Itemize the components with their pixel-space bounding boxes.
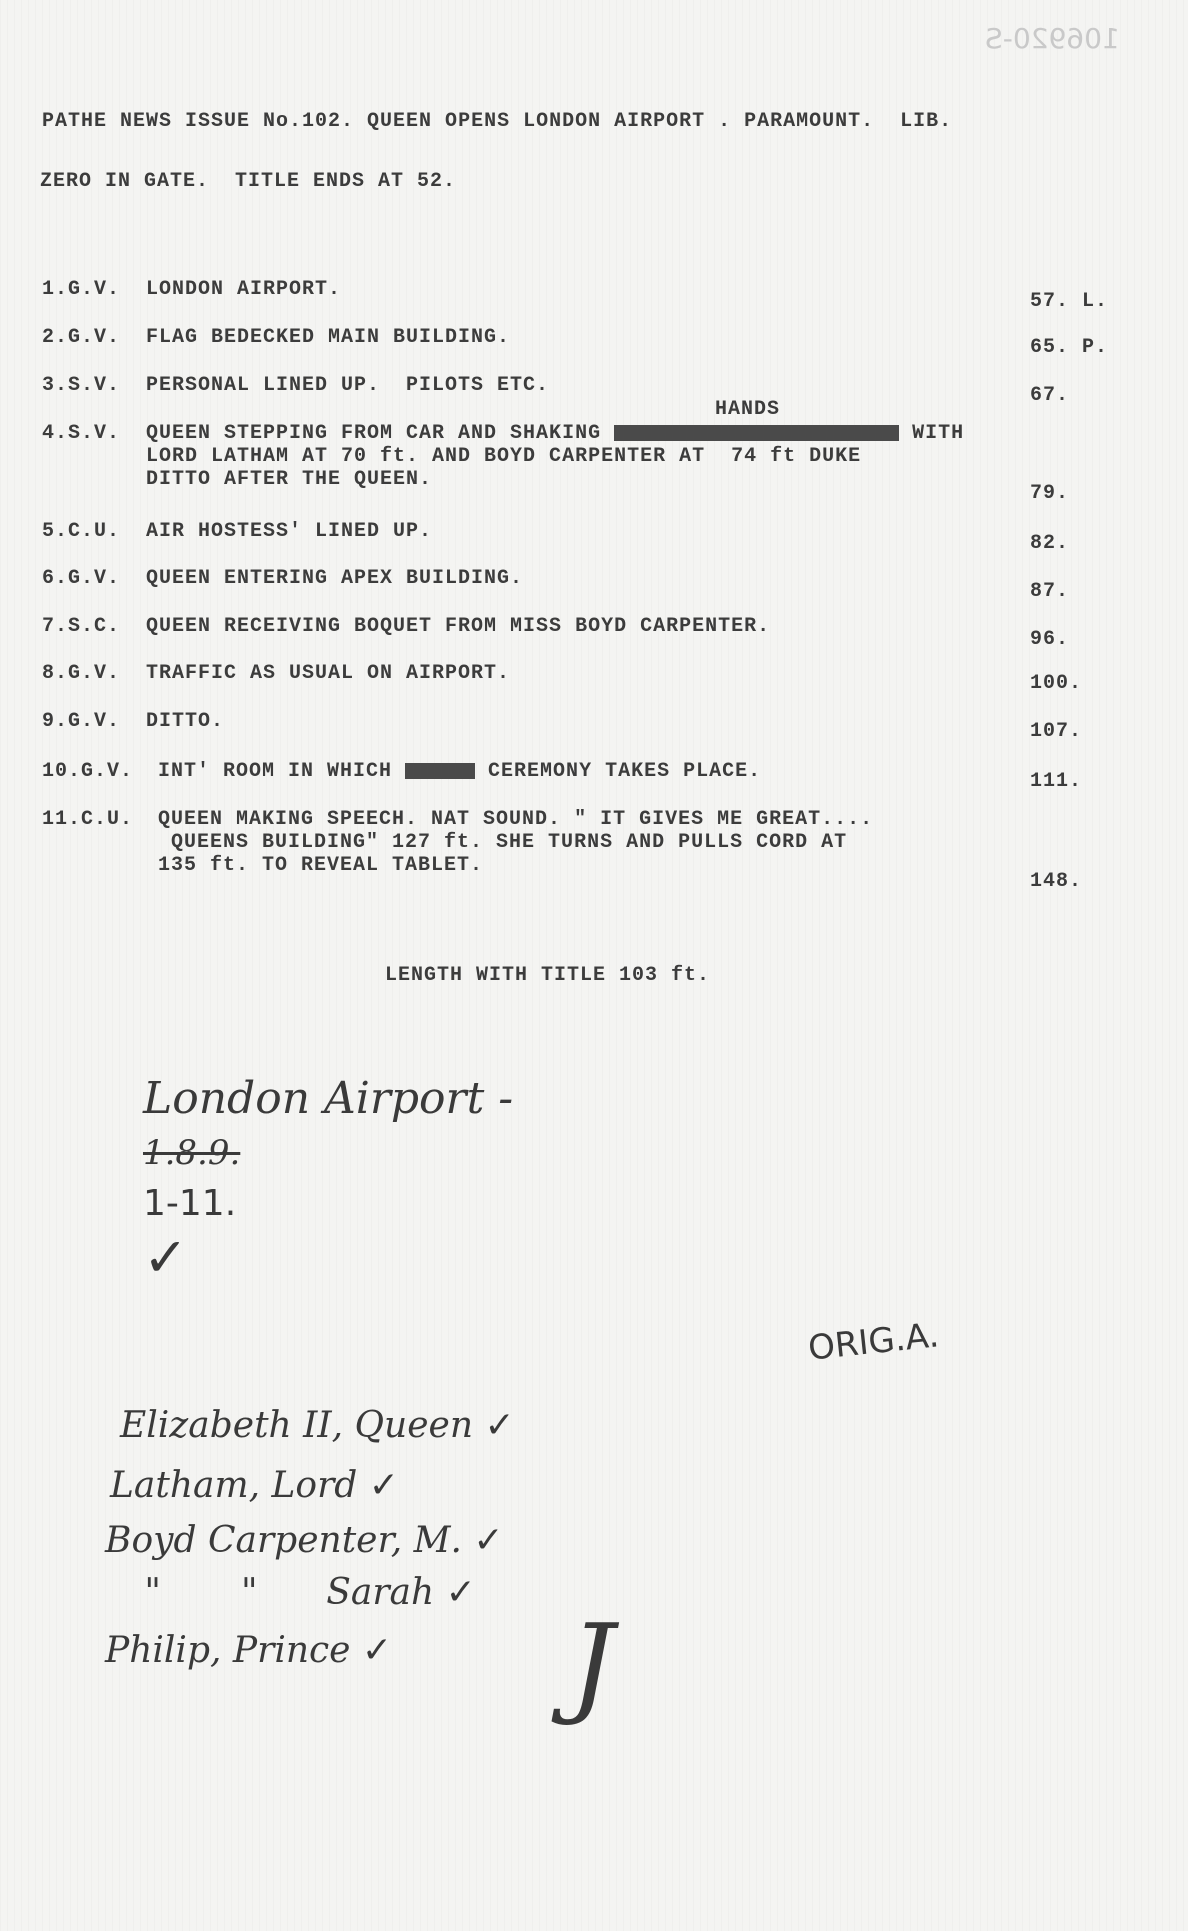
shot-number: 3.S.V. <box>42 374 120 397</box>
archive-number-stamp: 106920-S <box>985 22 1120 55</box>
zero-line: ZERO IN GATE. TITLE ENDS AT 52. <box>40 170 456 193</box>
check-icon: ✓ <box>143 1226 188 1289</box>
shot-description: TRAFFIC AS USUAL ON AIRPORT. <box>146 662 510 685</box>
shot-footage: 111. <box>1030 770 1082 793</box>
name-entry: Elizabeth II, Queen ✓ <box>120 1405 515 1446</box>
range-text: 1-11. <box>143 1183 236 1224</box>
shot-number: 10.G.V. <box>42 760 133 783</box>
check-icon: ✓ <box>473 1405 515 1446</box>
shot-number: 8.G.V. <box>42 662 120 685</box>
shot-number: 2.G.V. <box>42 326 120 349</box>
name-text: " " Sarah <box>110 1572 434 1613</box>
check-icon: ✓ <box>350 1630 392 1671</box>
name-text: Latham, Lord <box>110 1465 357 1506</box>
shot-number: 1.G.V. <box>42 278 120 301</box>
header-line: PATHE NEWS ISSUE No.102. QUEEN OPENS LON… <box>42 110 952 133</box>
shot-description: QUEEN ENTERING APEX BUILDING. <box>146 567 523 590</box>
shot-number: 5.C.U. <box>42 520 120 543</box>
shot-footage: 79. <box>1030 482 1069 505</box>
shot-footage: 65. P. <box>1030 336 1108 359</box>
shot-description: FLAG BEDECKED MAIN BUILDING. <box>146 326 510 349</box>
check-icon: ✓ <box>434 1572 476 1613</box>
shot-description: INT' ROOM IN WHICH CEREMONY TAKES PLACE. <box>158 760 761 783</box>
length-line: LENGTH WITH TITLE 103 ft. <box>385 964 710 987</box>
struck-value: 1.8.9. <box>143 1133 240 1173</box>
shot-number: 9.G.V. <box>42 710 120 733</box>
name-entry: Latham, Lord ✓ <box>110 1465 399 1506</box>
shot-description: PERSONAL LINED UP. PILOTS ETC. <box>146 374 549 397</box>
subject-text: London Airport - <box>143 1073 513 1124</box>
shot-description: QUEEN RECEIVING BOQUET FROM MISS BOYD CA… <box>146 615 770 638</box>
struck-out-text <box>405 763 475 779</box>
name-entry: Philip, Prince ✓ <box>105 1630 392 1671</box>
shot-description: DITTO. <box>146 710 224 733</box>
name-entry: " " Sarah ✓ <box>110 1572 476 1613</box>
shot-number: 11.C.U. <box>42 808 133 831</box>
shot-description: LONDON AIRPORT. <box>146 278 341 301</box>
orig-mark: ORIG.A. <box>806 1315 941 1368</box>
shot-footage: 96. <box>1030 628 1069 651</box>
initial-signature: J <box>570 1600 614 1728</box>
shot-description: QUEEN STEPPING FROM CAR AND SHAKING WITH… <box>146 422 964 491</box>
name-entry: Boyd Carpenter, M. ✓ <box>105 1520 504 1561</box>
shot-footage: 107. <box>1030 720 1082 743</box>
shot-footage: 82. <box>1030 532 1069 555</box>
shot-footage: 100. <box>1030 672 1082 695</box>
shot-footage: 87. <box>1030 580 1069 603</box>
name-text: Boyd Carpenter, M. <box>105 1520 462 1561</box>
check-icon: ✓ <box>462 1520 504 1561</box>
shot-footage: 67. <box>1030 384 1069 407</box>
shot-footage: 57. L. <box>1030 290 1108 313</box>
name-text: Philip, Prince <box>105 1630 350 1671</box>
shot-description: AIR HOSTESS' LINED UP. <box>146 520 432 543</box>
shot-number: 7.S.C. <box>42 615 120 638</box>
name-text: Elizabeth II, Queen <box>120 1405 473 1446</box>
check-icon: ✓ <box>357 1465 399 1506</box>
handwritten-subject: London Airport - 1.8.9. 1-11. ✓ <box>115 1022 513 1289</box>
shot-description: QUEEN MAKING SPEECH. NAT SOUND. " IT GIV… <box>158 808 873 877</box>
shot-footage: 148. <box>1030 870 1082 893</box>
shot-number: 6.G.V. <box>42 567 120 590</box>
typed-insert: HANDS <box>715 398 780 421</box>
struck-out-text <box>614 425 899 441</box>
shot-number: 4.S.V. <box>42 422 120 445</box>
